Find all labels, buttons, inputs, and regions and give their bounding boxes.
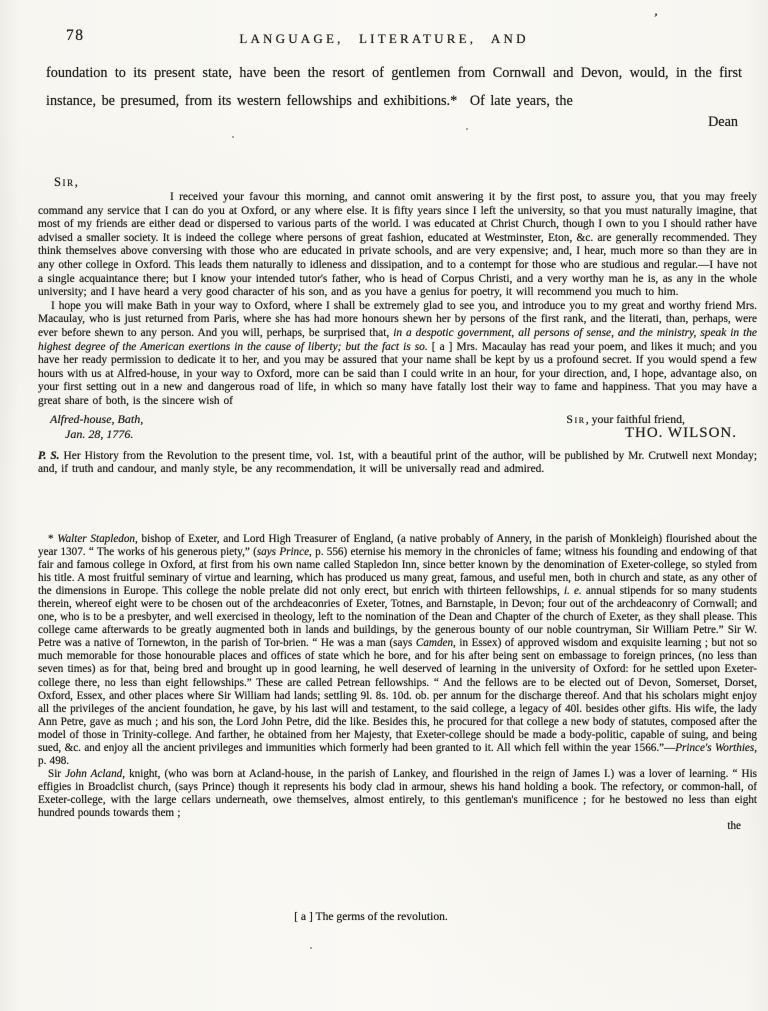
footnotes-section: * Walter Stapledon, bishop of Exeter, an… [38,533,757,833]
letter-salutation: Sir, [54,173,757,191]
dateline-date: Jan. 28, 1776. [65,427,133,442]
dateline-place: Alfred-house, Bath, [50,412,143,427]
letter-paragraph-1: I received your favour this morning, and… [38,191,757,300]
letter-signature-block: Alfred-house, Bath, Jan. 28, 1776. Sir, … [38,412,757,445]
signature-name: THO. WILSON. [625,425,737,442]
running-title: LANGUAGE, LITERATURE, AND [14,31,754,47]
footnote-stapledon: * Walter Stapledon, bishop of Exeter, an… [38,533,757,768]
footnote-acland: Sir John Acland, knight, (who was born a… [38,768,757,820]
scan-speck [310,947,312,949]
scan-speck [466,128,468,130]
scan-tick-mark: ’ [651,10,659,27]
footer-note-a: [ a ] The germs of the revolution. [0,910,742,923]
catchword-dean: Dean [0,114,738,131]
catchword-the: the [38,820,757,833]
letter-section: Sir, I received your favour this morning… [38,173,757,477]
letter-paragraph-2: I hope you will make Bath in your way to… [38,300,757,409]
postscript: P. S. Her History from the Revolution to… [38,450,757,478]
intro-paragraph: foundation to its present state, have be… [46,60,742,115]
scanned-book-page: { "page": { "number": "78", "running_tit… [0,0,768,1011]
scan-speck [588,553,590,555]
scan-speck [232,136,234,138]
